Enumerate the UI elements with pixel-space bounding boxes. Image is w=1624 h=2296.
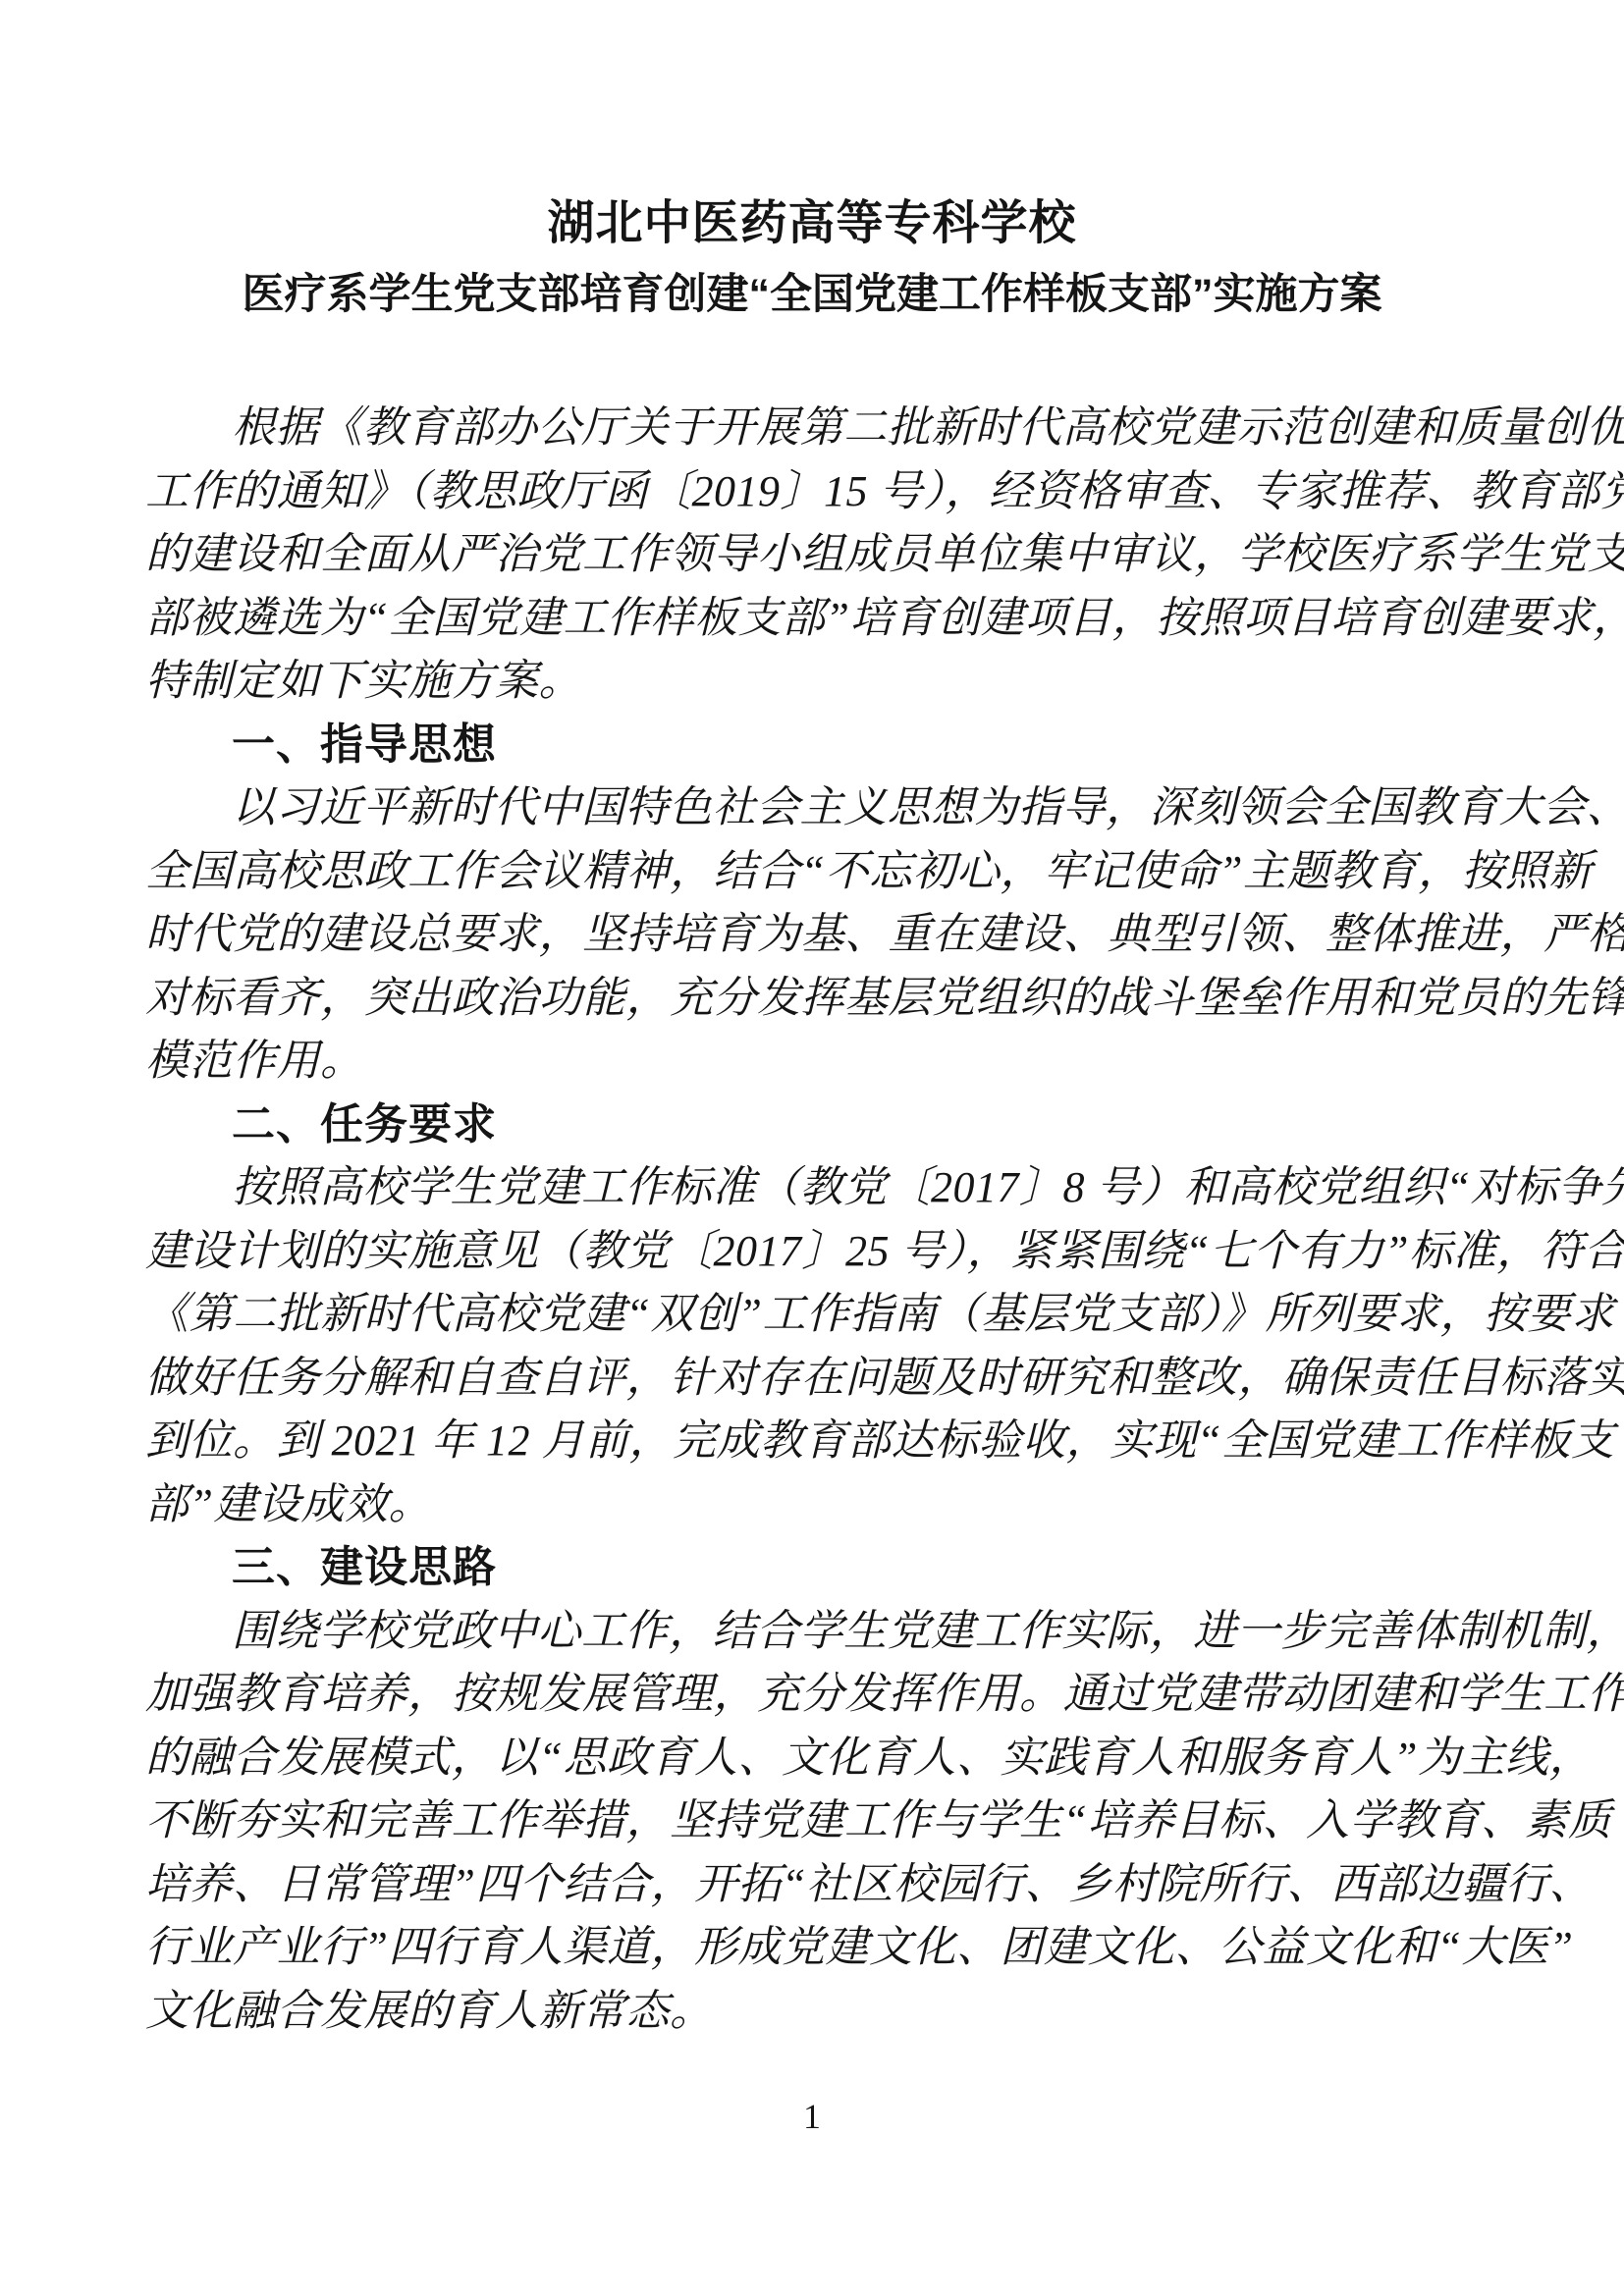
document-title-line1: 湖北中医药高等专科学校 [0,196,1624,251]
section2-line4: 做好任务分解和自查自评，针对存在问题及时研究和整改，确保责任目标落实 [145,1347,1481,1411]
section3-line4: 不断夯实和完善工作举措，坚持党建工作与学生“培养目标、入学教育、素质 [145,1789,1481,1853]
section3-line3: 的融合发展模式，以“思政育人、文化育人、实践育人和服务育人”为主线， [145,1727,1481,1790]
section1-line3: 时代党的建设总要求，坚持培育为基、重在建设、典型引领、整体推进，严格 [145,903,1481,967]
section1-line4: 对标看齐，突出政治功能，充分发挥基层党组织的战斗堡垒作用和党员的先锋 [145,967,1481,1031]
paragraph1-line5: 特制定如下实施方案。 [145,650,1481,714]
page-number: 1 [0,2095,1624,2138]
paragraph1-line4: 部被遴选为“全国党建工作样板支部”培育创建项目，按照项目培育创建要求， [145,587,1481,651]
document-page: 湖北中医药高等专科学校 医疗系学生党支部培育创建“全国党建工作样板支部”实施方案… [0,0,1624,2296]
section2-line2: 建设计划的实施意见（教党〔2017〕25 号），紧紧围绕“七个有力”标准，符合 [145,1220,1481,1284]
section3-line1: 围绕学校党政中心工作，结合学生党建工作实际，进一步完善体制机制， [145,1600,1481,1664]
document-body: 根据《教育部办公厅关于开展第二批新时代高校党建示范创建和质量创优 工作的通知》（… [145,397,1481,2043]
paragraph1-line2: 工作的通知》（教思政厅函〔2019〕15 号），经资格审查、专家推荐、教育部党 [145,460,1481,524]
section3-line6: 行业产业行”四行育人渠道，形成党建文化、团建文化、公益文化和“大医” [145,1916,1481,1980]
section3-line7: 文化融合发展的育人新常态。 [145,1980,1481,2044]
section3-line5: 培养、日常管理”四个结合，开拓“社区校园行、乡村院所行、西部边疆行、 [145,1853,1481,1917]
section2-line5: 到位。到 2021 年 12 月前，完成教育部达标验收，实现“全国党建工作样板支 [145,1410,1481,1473]
document-title-line2: 医疗系学生党支部培育创建“全国党建工作样板支部”实施方案 [0,269,1624,320]
section2-heading: 二、任务要求 [145,1094,1481,1157]
section2-line1: 按照高校学生党建工作标准（教党〔2017〕8 号）和高校党组织“对标争先” [145,1156,1481,1220]
section3-heading: 三、建设思路 [145,1536,1481,1600]
section3-line2: 加强教育培养，按规发展管理，充分发挥作用。通过党建带动团建和学生工作 [145,1663,1481,1727]
section1-heading: 一、指导思想 [145,714,1481,777]
section1-line5: 模范作用。 [145,1030,1481,1094]
paragraph1-line1: 根据《教育部办公厅关于开展第二批新时代高校党建示范创建和质量创优 [145,397,1481,460]
section1-line2: 全国高校思政工作会议精神，结合“不忘初心，牢记使命”主题教育，按照新 [145,840,1481,904]
section1-line1: 以习近平新时代中国特色社会主义思想为指导，深刻领会全国教育大会、 [145,776,1481,840]
section2-line3: 《第二批新时代高校党建“双创”工作指南（基层党支部）》所列要求，按要求 [145,1283,1481,1347]
section2-line6: 部”建设成效。 [145,1473,1481,1537]
paragraph1-line3: 的建设和全面从严治党工作领导小组成员单位集中审议，学校医疗系学生党支 [145,523,1481,587]
